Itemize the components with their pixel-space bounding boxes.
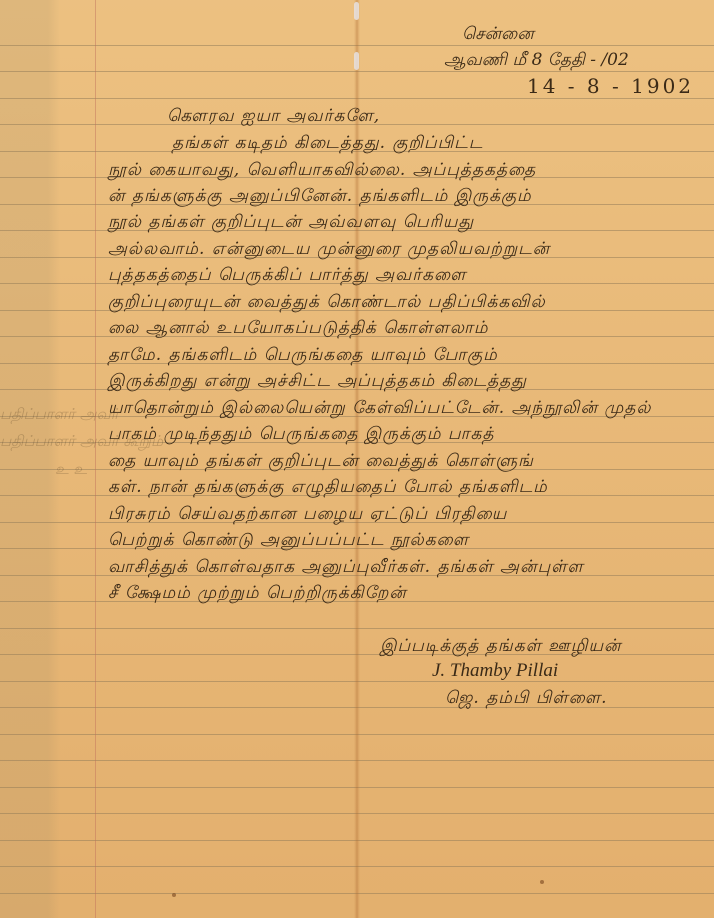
body-line: குறிப்புரையுடன் வைத்துக் கொண்டால் பதிப்ப… (108, 292, 546, 314)
body-line: கள். நான் தங்களுக்கு எழுதியதைப் போல் தங்… (108, 477, 548, 499)
header-date: 14 - 8 - 1902 (527, 74, 694, 98)
header-tamil-date: ஆவணி மீ 8 தேதி - /02 (444, 50, 629, 72)
bleed-through-text: பதிப்பாளர் அவர் (0, 405, 119, 425)
valediction: இப்படிக்குத் தங்கள் ஊழியன் (380, 636, 622, 658)
body-line: தை யாவும் தங்கள் குறிப்புடன் வைத்துக் கொ… (108, 451, 534, 473)
body-line: தாமே. தங்களிடம் பெருங்கதை யாவும் போகும் (108, 345, 498, 367)
salutation: கௌரவ ஐயா அவர்களே, (167, 106, 380, 128)
bleed-through-text: பதிப்பாளர் அவர் கூறும் (0, 432, 163, 452)
binding-stitch (354, 2, 359, 20)
body-line: அல்லவாம். என்னுடைய முன்னுரை முதலியவற்றுட… (108, 239, 550, 261)
body-line: லை ஆனால் உபயோகப்படுத்திக் கொள்ளலாம் (108, 318, 489, 340)
binding-stitch (354, 52, 359, 70)
paper-stain (540, 880, 544, 884)
body-line: வாசித்துக் கொள்வதாக அனுப்புவீர்கள். தங்க… (108, 557, 584, 579)
body-line: தங்கள் கடிதம் கிடைத்தது. குறிப்பிட்ட (172, 133, 483, 155)
body-line: யாதொன்றும் இல்லையென்று கேள்விப்பட்டேன். … (108, 398, 651, 420)
body-line: பாகம் முடிந்ததும் பெருங்கதை இருக்கும் பா… (108, 424, 494, 446)
body-line: புத்தகத்தைப் பெருக்கிப் பார்த்து அவர்களை (108, 265, 466, 287)
body-line: நூல் தங்கள் குறிப்புடன் அவ்வளவு பெரியது (108, 212, 474, 234)
body-line: சீ க்ஷேமம் முற்றும் பெற்றிருக்கிறேன் (108, 583, 407, 605)
body-line: நூல் கையாவது, வெளியாகவில்லை. அப்புத்தகத்… (108, 160, 536, 182)
header-place: சென்னை (462, 24, 534, 46)
body-line: பெற்றுக் கொண்டு அனுப்பப்பட்ட நூல்களை (108, 530, 469, 552)
signature-tamil: ஜெ. தம்பி பிள்ளை. (445, 688, 608, 710)
body-line: இருக்கிறது என்று அச்சிட்ட அப்புத்தகம் கி… (108, 371, 527, 393)
body-line: ன் தங்களுக்கு அனுப்பினேன். தங்களிடம் இரு… (108, 186, 532, 208)
paper-stain (172, 893, 176, 897)
signature: J. Thamby Pillai (432, 660, 558, 682)
body-line: பிரசுரம் செய்வதற்கான பழைய ஏட்டுப் பிரதிய… (108, 504, 507, 526)
margin-line (95, 0, 96, 918)
bleed-through-text: உ உ (55, 460, 87, 480)
